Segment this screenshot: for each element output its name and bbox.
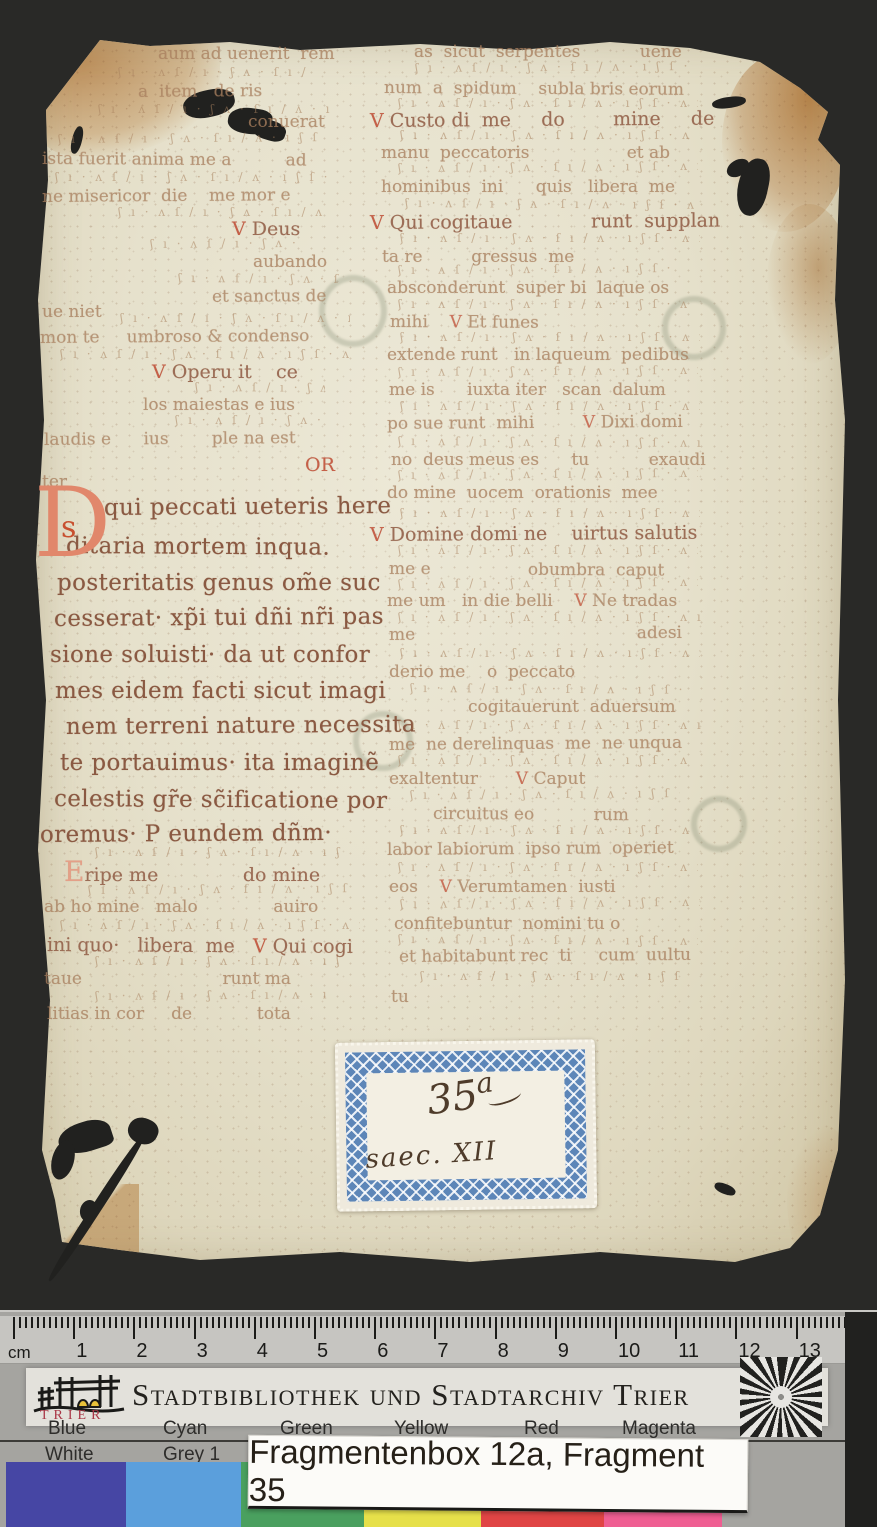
- ruler-tick: [296, 1317, 298, 1328]
- ruler-number: 9: [558, 1340, 569, 1363]
- ruler-number: 6: [377, 1340, 388, 1363]
- ruler-tick: [374, 1317, 376, 1339]
- manuscript-line: litias in cor de tota: [47, 1006, 291, 1023]
- ruler-tick: [633, 1317, 635, 1328]
- ruler-tick: [410, 1317, 412, 1328]
- ruler-tick: [778, 1317, 780, 1328]
- ruler-tick: [675, 1317, 677, 1339]
- ruler-tick: [465, 1317, 467, 1328]
- archival-label: 35a saec. XII: [335, 1039, 597, 1212]
- neume-row: ʃ ı · ʌ ſ / ı · ʃ ʌ · ſ ı / ʌ · ı ʃ ſ · …: [60, 919, 360, 934]
- manuscript-line: ista fuerit anima me a ad: [42, 151, 307, 170]
- ruler-tick: [645, 1317, 647, 1328]
- institution-name: Stadtbibliothek und Stadtarchiv Trier: [132, 1377, 690, 1413]
- ruler-tick: [838, 1317, 840, 1328]
- manuscript-line: taue runt ma: [44, 971, 291, 988]
- starburst-target-icon: [740, 1357, 822, 1437]
- ruler-tick: [681, 1317, 683, 1328]
- manuscript-line: los maiestas e ius: [143, 397, 295, 414]
- neume-row: ʃ ı · ʌ ſ / ı · ʃ ʌ · ſ ı / ʌ · ı ʃ ſ · …: [400, 647, 700, 662]
- ruler-number: 3: [197, 1340, 208, 1363]
- ruler-tick: [693, 1317, 695, 1328]
- neume-row: ʃ ı · ʌ ſ / ı · ʃ ʌ · ſ ı / ʌ · ı ʃ ſ · …: [95, 955, 345, 970]
- ruler-tick: [832, 1317, 834, 1328]
- ruler-tick: [73, 1317, 75, 1339]
- label-number-suffix: a: [474, 1065, 495, 1100]
- ruler-tick: [326, 1317, 328, 1328]
- manuscript-line: ab ho mine malo auiro: [44, 899, 318, 916]
- ruler-tick: [735, 1317, 737, 1339]
- ruler-tick: [513, 1317, 515, 1328]
- neume-row: ʃ ı · ʌ ſ / ı · ʃ ʌ · ſ ı / ʌ · ı ʃ ſ · …: [398, 262, 678, 279]
- ruler-tick: [507, 1317, 509, 1328]
- ruler-tick: [579, 1317, 581, 1328]
- color-patch-blue: [6, 1462, 126, 1527]
- ruler-tick: [290, 1317, 292, 1328]
- ruler-tick: [272, 1317, 274, 1328]
- banner-right-edge: [845, 1312, 877, 1527]
- manuscript-line: extende runt in laqueum pedibus: [387, 347, 689, 364]
- neume-row: ʃ ı · ʌ ſ / ı · ʃ ʌ · ſ ı / ʌ · ı ʃ ſ · …: [400, 232, 700, 247]
- neume-row: ʃ ı · ʌ ſ / ı · ʃ ʌ · ſ ı / ʌ · ı ʃ ſ · …: [398, 298, 693, 313]
- ruler-tick: [621, 1317, 623, 1328]
- ruler-tick: [332, 1317, 334, 1328]
- manuscript-line: me ne derelinquas me ne unqua: [389, 735, 682, 754]
- neume-row: ʃ ı · ʌ ſ / ı · ʃ ʌ · ſ ı / ʌ · ı ʃ ſ · …: [420, 970, 680, 985]
- manuscript-line: circuitus eo rum: [433, 806, 629, 824]
- ruler-tick: [772, 1317, 774, 1328]
- neume-row: ʃ ı · ʌ ſ / ı · ʃ ʌ · ſ ı / ʌ · ı ʃ ſ · …: [118, 66, 313, 81]
- neume-row: ʃ ı · ʌ ſ / ı · ʃ ʌ · ſ ı / ʌ · ı ʃ ſ · …: [120, 312, 350, 327]
- ruler-tick: [176, 1317, 178, 1328]
- ruler-tick: [230, 1317, 232, 1328]
- neume-row: ʃ ı · ʌ ſ / ı · ʃ ʌ · ſ ı / ʌ · ı ʃ ſ · …: [95, 988, 335, 1005]
- ruler-tick: [404, 1317, 406, 1328]
- ruler-tick: [79, 1317, 81, 1328]
- ruler-tick: [109, 1317, 111, 1328]
- ruler-tick: [717, 1317, 719, 1328]
- ruler-tick: [248, 1317, 250, 1328]
- neume-row: ʃ ı · ʌ ſ / ı · ʃ ʌ · ſ ı / ʌ · ı ʃ ſ · …: [398, 544, 698, 559]
- ruler-tick: [188, 1317, 190, 1328]
- manuscript-line: derio me o peccato: [389, 664, 575, 681]
- manuscript-line: ini quo· libera me V Qui cogi: [47, 936, 353, 957]
- ruler-tick: [591, 1317, 593, 1328]
- ruler-tick: [428, 1317, 430, 1328]
- ruler-tick: [555, 1317, 557, 1339]
- manuscript-line: hominibus ini quis libera me: [381, 179, 675, 196]
- ruler-tick: [19, 1317, 21, 1328]
- ruler-tick: [483, 1317, 485, 1328]
- ruler-tick: [398, 1317, 400, 1328]
- ruler-tick: [284, 1317, 286, 1328]
- neume-row: ʃ ı · ʌ ſ / ı · ʃ ʌ · ſ ı / ʌ · ı ʃ ſ · …: [400, 896, 700, 913]
- ruler-tick: [537, 1317, 539, 1328]
- ruler-tick: [699, 1317, 701, 1328]
- ruler-tick: [37, 1317, 39, 1328]
- ruler-tick: [43, 1317, 45, 1328]
- ruler-tick: [133, 1317, 135, 1339]
- initial-inner-letter: s: [61, 510, 76, 545]
- manuscript-line: V Operu it ce: [152, 363, 298, 382]
- manuscript-line: qui peccati ueteris here: [104, 495, 391, 520]
- ruler-tick: [440, 1317, 442, 1328]
- ruler: cm 12345678910111213: [0, 1316, 845, 1364]
- manuscript-line: cogitauerunt aduersum: [468, 699, 676, 716]
- ruler-tick: [13, 1317, 15, 1339]
- ruler-tick: [796, 1317, 798, 1339]
- ruler-tick: [368, 1317, 370, 1328]
- manuscript-line: aum ad uenerit rem: [158, 46, 335, 63]
- manuscript-line: me um in die belli V Ne tradas: [387, 593, 677, 610]
- manuscript-line: celestis gr̃e sc̃ificatione por: [54, 788, 388, 813]
- ruler-tick: [103, 1317, 105, 1328]
- neume-row: ʃ ı · ʌ ſ / ı · ʃ ʌ · ſ ı / ʌ · ı ʃ ſ · …: [410, 787, 680, 804]
- ruler-tick: [416, 1317, 418, 1328]
- manuscript-line: tu: [391, 989, 409, 1006]
- ruler-tick: [525, 1317, 527, 1328]
- stain-top-right: [722, 52, 847, 232]
- ruler-tick: [753, 1317, 755, 1328]
- ruler-tick: [338, 1317, 340, 1328]
- manuscript-line: do mine uocem orationis mee: [387, 485, 658, 502]
- calibration-banner: cm 12345678910111213: [0, 1310, 877, 1527]
- ruler-tick: [350, 1317, 352, 1328]
- ruler-tick: [362, 1317, 364, 1328]
- ruler-tick: [422, 1317, 424, 1328]
- stain-bottom-left: [44, 1184, 139, 1269]
- ruler-tick: [224, 1317, 226, 1328]
- manuscript-line: mon te umbroso & condenso: [40, 328, 310, 347]
- manuscript-line: ue niet: [42, 304, 102, 321]
- ruler-tick: [200, 1317, 202, 1328]
- neume-row: ʃ ı · ʌ ſ / ı · ʃ ʌ · ſ ı / ʌ · ı ʃ ſ · …: [150, 237, 300, 253]
- ruler-tick: [212, 1317, 214, 1328]
- ruler-tick: [477, 1317, 479, 1328]
- neume-row: ʃ ı · ʌ ſ / ı · ʃ ʌ · ſ ı / ʌ · ı ʃ ſ · …: [398, 719, 703, 734]
- ruler-number: 1: [76, 1340, 87, 1363]
- illuminated-initial: D s: [34, 484, 106, 572]
- ruler-tick: [115, 1317, 117, 1328]
- manuscript-line: mihi V Et funes: [390, 314, 539, 332]
- ruler-tick: [759, 1317, 761, 1328]
- ruler-tick: [627, 1317, 629, 1328]
- manuscript-line: et habitabunt rec ti cum uultu: [399, 947, 691, 966]
- ruler-tick: [609, 1317, 611, 1328]
- ruler-tick: [386, 1317, 388, 1328]
- ruler-tick: [97, 1317, 99, 1328]
- ruler-tick: [687, 1317, 689, 1328]
- ruler-tick: [784, 1317, 786, 1328]
- ruler-tick: [206, 1317, 208, 1328]
- ruler-number: 5: [317, 1340, 328, 1363]
- neume-row: ʃ ı · ʌ ſ / ı · ʃ ʌ · ſ ı / ʌ · ı ʃ ſ · …: [398, 160, 698, 177]
- ruler-tick: [157, 1317, 159, 1328]
- ruler-tick: [242, 1317, 244, 1328]
- stain-right: [767, 204, 852, 364]
- manuscript-line: absconderunt super bi laque os: [387, 280, 669, 297]
- ruler-tick: [127, 1317, 129, 1328]
- ruler-tick: [49, 1317, 51, 1328]
- ruler-tick: [392, 1317, 394, 1328]
- manuscript-line: confitebuntur nomini tu o: [394, 916, 620, 933]
- ruler-tick: [802, 1317, 804, 1328]
- ruler-tick: [705, 1317, 707, 1328]
- color-patch-cyan: [126, 1462, 241, 1527]
- ruler-tick: [236, 1317, 238, 1328]
- ruler-tick: [139, 1317, 141, 1328]
- manuscript-line: V Custo di me do mine de: [370, 110, 714, 131]
- neume-row: ʃ ı · ʌ ſ / ı · ʃ ʌ · ſ ı / ʌ · ı ʃ ſ · …: [400, 129, 695, 144]
- ruler-tick: [531, 1317, 533, 1328]
- ruler-tick: [651, 1317, 653, 1328]
- ruler-tick: [603, 1317, 605, 1328]
- ruler-tick: [790, 1317, 792, 1328]
- ruler-number: 4: [257, 1340, 268, 1363]
- ruler-tick: [55, 1317, 57, 1328]
- ruler-tick: [820, 1317, 822, 1328]
- manuscript-line: exaltentur V Caput: [389, 771, 585, 788]
- manuscript-line: a item de ris: [138, 83, 262, 101]
- ruler-tick: [495, 1317, 497, 1339]
- ruler-tick: [458, 1317, 460, 1328]
- ruler-tick: [808, 1317, 810, 1328]
- ruler-tick: [573, 1317, 575, 1328]
- ruler-tick: [657, 1317, 659, 1328]
- manuscript-line: OR: [305, 456, 335, 475]
- ruler-tick: [826, 1317, 828, 1328]
- manuscript-line: nem terreni nature necessita: [66, 714, 416, 739]
- ruler-tick: [615, 1317, 617, 1339]
- ruler-tick: [254, 1317, 256, 1339]
- ruler-tick: [729, 1317, 731, 1328]
- manuscript-line: laudis e ius ple na est: [44, 430, 296, 449]
- ruler-tick: [561, 1317, 563, 1328]
- ruler-tick: [489, 1317, 491, 1328]
- neume-row: ʃ ı · ʌ ſ / ı · ʃ ʌ · ſ ı / ʌ · ı ʃ ſ · …: [55, 171, 335, 186]
- ruler-tick: [67, 1317, 69, 1328]
- ruler-tick: [543, 1317, 545, 1328]
- ruler-tick: [145, 1317, 147, 1328]
- ruler-tick: [314, 1317, 316, 1339]
- ruler-tick: [182, 1317, 184, 1328]
- ruler-tick: [170, 1317, 172, 1328]
- color-label: Cyan: [163, 1418, 207, 1440]
- neume-row: ʃ ı · ʌ ſ / ı · ʃ ʌ · ſ ı / ʌ · ı ʃ ſ · …: [58, 131, 323, 148]
- manuscript-line: ne misericor die me mor e: [42, 187, 291, 206]
- ruler-number: 10: [618, 1340, 640, 1363]
- ruler-tick: [164, 1317, 166, 1328]
- ruler-number: 2: [136, 1340, 147, 1363]
- ruler-tick: [434, 1317, 436, 1339]
- ruler-tick: [501, 1317, 503, 1328]
- ruler-tick: [669, 1317, 671, 1328]
- manuscript-line: po sue runt mihi V Dixi domi: [387, 414, 683, 433]
- manuscript-line: conuerat: [248, 114, 325, 131]
- manuscript-line: V Qui cogitaue runt supplan: [370, 212, 720, 233]
- ruler-number: 11: [678, 1340, 699, 1363]
- ruler-tick: [278, 1317, 280, 1328]
- manuscript-line: oremus· P eundem dñm·: [40, 822, 332, 847]
- ruler-number: 8: [498, 1340, 509, 1363]
- ruler-tick: [663, 1317, 665, 1328]
- ruler-unit: cm: [8, 1343, 31, 1363]
- ruler-tick: [747, 1317, 749, 1328]
- manuscript-line: as sicut serpentes uene: [414, 44, 682, 61]
- ruler-tick: [260, 1317, 262, 1328]
- label-number-main: 35: [424, 1072, 481, 1124]
- neume-row: ʃ ı · ʌ ſ / ı · ʃ ʌ · ſ ı / ʌ · ı ʃ ſ · …: [400, 824, 700, 839]
- ruler-tick: [25, 1317, 27, 1328]
- manuscript-line: sione soluisti· da ut confor: [50, 644, 370, 667]
- ruler-number: 7: [437, 1340, 448, 1363]
- manuscript-line: te portauimus· ita imaginẽ: [60, 752, 379, 775]
- ruler-tick: [380, 1317, 382, 1328]
- ruler-tick: [452, 1317, 454, 1328]
- ruler-tick: [302, 1317, 304, 1328]
- ruler-tick: [91, 1317, 93, 1328]
- neume-row: ʃ ı · ʌ ſ / ı · ʃ ʌ · ſ ı / ʌ · ı ʃ ſ · …: [398, 467, 698, 484]
- manuscript-line: et sanctus de: [212, 288, 327, 306]
- fragment-caption: Fragmentenbox 12a, Fragment 35: [248, 1435, 749, 1513]
- neume-row: ʃ ı · ʌ ſ / ı · ʃ ʌ · ſ ı / ʌ · ı ʃ ſ · …: [398, 364, 698, 381]
- color-label: Blue: [48, 1418, 86, 1440]
- ruler-tick: [151, 1317, 153, 1328]
- ruler-tick: [320, 1317, 322, 1328]
- ruler-tick: [639, 1317, 641, 1328]
- ruler-tick: [85, 1317, 87, 1328]
- neume-row: ʃ ı · ʌ ſ / ı · ʃ ʌ · ſ ı / ʌ · ı ʃ ſ · …: [400, 331, 700, 346]
- ruler-tick: [194, 1317, 196, 1339]
- manuscript-line: mes eidem facti sicut imagi: [55, 680, 386, 703]
- ruler-tick: [723, 1317, 725, 1328]
- ruler-tick: [356, 1317, 358, 1328]
- manuscript-line: labor labiorum ipso rum operiet: [387, 840, 674, 859]
- neume-row: ʃ ı · ʌ ſ / ı · ʃ ʌ · ſ ı / ʌ · ı ʃ ſ · …: [398, 754, 688, 769]
- ruler-tick: [741, 1317, 743, 1328]
- manuscript-line: aubando: [253, 254, 327, 271]
- ruler-tick: [585, 1317, 587, 1328]
- manuscript-line: eos V Verumtamen iusti: [389, 879, 616, 896]
- ruler-tick: [61, 1317, 63, 1328]
- ruler-tick: [308, 1317, 310, 1328]
- ruler-tick: [519, 1317, 521, 1328]
- stain-bottom-right: [787, 1124, 857, 1274]
- ruler-tick: [711, 1317, 713, 1328]
- manuscript-line: me is iuxta iter scan dalum: [389, 382, 666, 399]
- manuscript-line: num a spidum subla bris eorum: [384, 80, 684, 99]
- ruler-tick: [471, 1317, 473, 1328]
- neume-row: ʃ ı · ʌ ſ / ı · ʃ ʌ · ſ ı / ʌ · ı ʃ ſ · …: [398, 861, 698, 876]
- ruler-tick: [344, 1317, 346, 1328]
- ruler-tick: [597, 1317, 599, 1328]
- ruler-tick: [121, 1317, 123, 1328]
- manuscript-line: cesserat· xp̃i tui dñi nr̃i pas: [54, 606, 384, 631]
- ruler-tick: [766, 1317, 768, 1328]
- ruler-tick: [218, 1317, 220, 1328]
- neume-row: ʃ ı · ʌ ſ / ı · ʃ ʌ · ſ ı / ʌ · ı ʃ ſ · …: [415, 60, 695, 77]
- ruler-tick: [814, 1317, 816, 1328]
- ruler-tick: [549, 1317, 551, 1328]
- neume-row: ʃ ı · ʌ ſ / ı · ʃ ʌ · ſ ı / ʌ · ı ʃ ſ · …: [175, 414, 325, 429]
- neume-row: ʃ ı · ʌ ſ / ı · ʃ ʌ · ſ ı / ʌ · ı ʃ ſ · …: [400, 507, 700, 522]
- manuscript-line: me adesi: [389, 625, 682, 644]
- ruler-tick: [567, 1317, 569, 1328]
- manuscript-line: V Domine domi ne uirtus salutis: [370, 524, 697, 545]
- ruler-tick: [266, 1317, 268, 1328]
- ruler-tick: [446, 1317, 448, 1328]
- scan-page: aum ad uenerit remʃ ı · ʌ ſ / ı · ʃ ʌ · …: [0, 0, 877, 1527]
- ruler-tick: [31, 1317, 33, 1328]
